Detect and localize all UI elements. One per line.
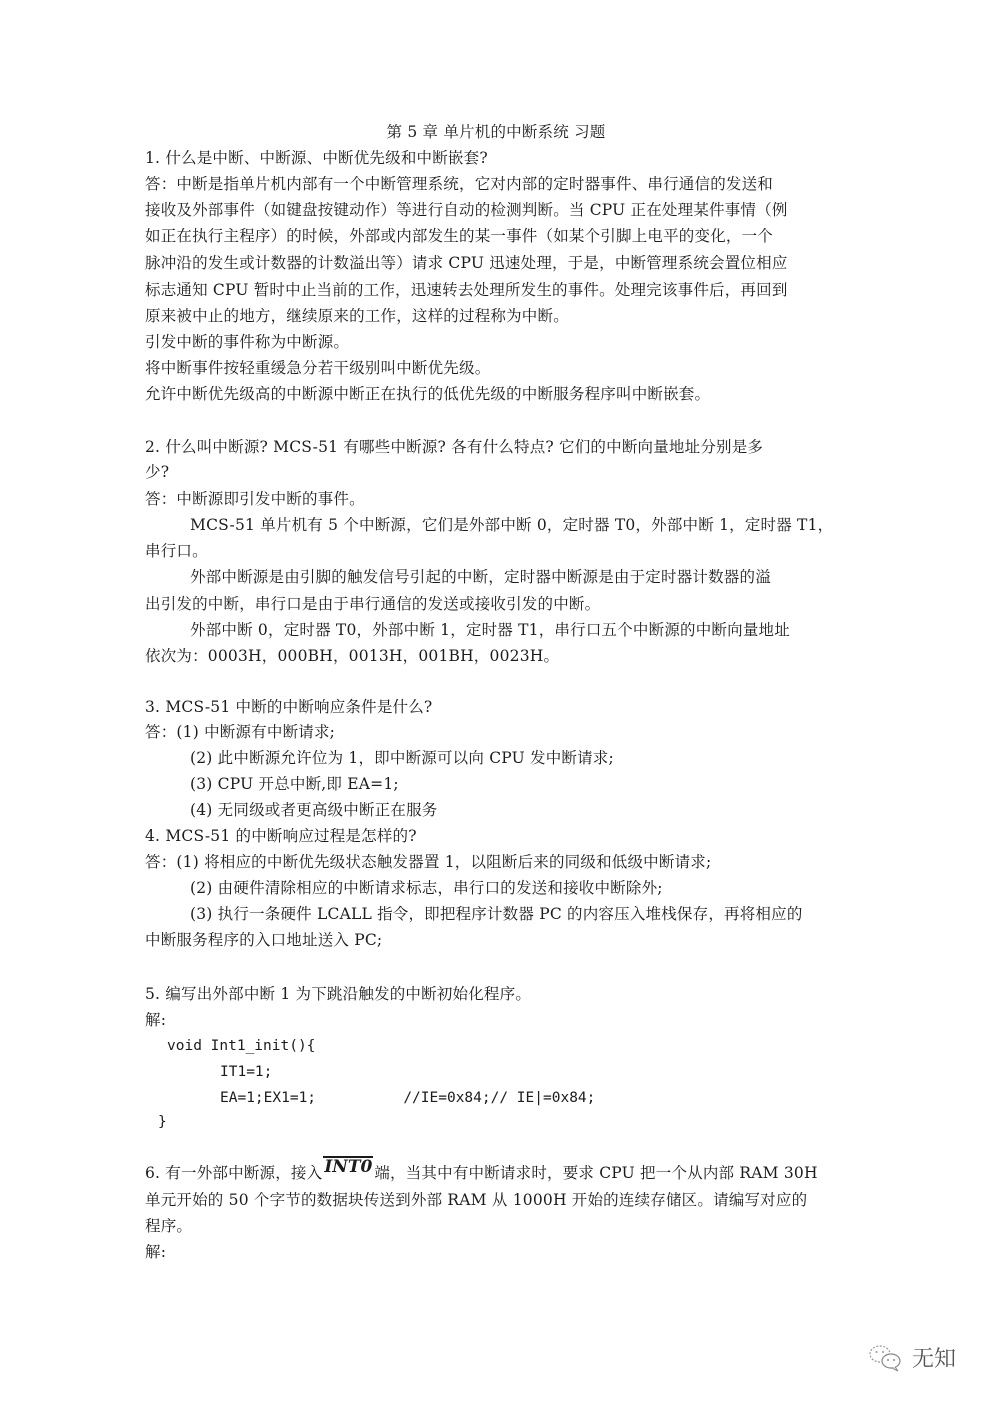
- code-line: IT1=1;: [220, 1062, 272, 1082]
- watermark-text: 无知: [912, 1342, 956, 1373]
- answer-1-line: 如正在执行主程序）的时候，外部或内部发生的某一事件（如某个引脚上电平的变化，一个: [145, 226, 773, 246]
- question-6: 6. 有一外部中断源，接入INT0端，当其中有中断请求时，要求 CPU 把一个从…: [145, 1156, 818, 1183]
- answer-3-line: (3) CPU 开总中断,即 EA=1;: [190, 774, 399, 794]
- answer-3-line: (2) 此中断源允许位为 1，即中断源可以向 CPU 发中断请求;: [190, 748, 614, 768]
- answer-2-line: 依次为：0003H，000BH，0013H，001BH，0023H。: [145, 646, 559, 666]
- question-6-cont: 程序。: [145, 1216, 192, 1236]
- answer-4-line: 答：(1) 将相应的中断优先级状态触发器置 1，以阻断后来的同级和低级中断请求;: [145, 852, 711, 872]
- question-6-cont: 单元开始的 50 个字节的数据块传送到外部 RAM 从 1000H 开始的连续存…: [145, 1190, 807, 1210]
- watermark: 无知: [868, 1342, 956, 1373]
- answer-1-line: 标志通知 CPU 暂时中止当前的工作，迅速转去处理所发生的事件。处理完该事件后，…: [145, 280, 788, 300]
- solution-6-label: 解:: [145, 1242, 166, 1262]
- answer-3-line: 答：(1) 中断源有中断请求;: [145, 722, 335, 742]
- wechat-icon: [868, 1343, 904, 1373]
- question-1: 1. 什么是中断、中断源、中断优先级和中断嵌套?: [145, 148, 488, 168]
- code-line: void Int1_init(){: [167, 1036, 315, 1056]
- answer-1-line: 引发中断的事件称为中断源。: [145, 332, 349, 352]
- code-line: EA=1;EX1=1; //IE=0x84;// IE|=0x84;: [220, 1088, 595, 1108]
- question-2: 2. 什么叫中断源? MCS-51 有哪些中断源? 各有什么特点? 它们的中断向…: [145, 437, 763, 457]
- answer-2-line: MCS-51 单片机有 5 个中断源，它们是外部中断 0，定时器 T0，外部中断…: [190, 515, 833, 535]
- answer-2-line: 外部中断源是由引脚的触发信号引起的中断，定时器中断源是由于定时器计数器的溢: [190, 567, 771, 587]
- answer-1-line: 接收及外部事件（如键盘按键动作）等进行自动的检测判断。当 CPU 正在处理某件事…: [145, 200, 788, 220]
- answer-2-line: 串行口。: [145, 541, 208, 561]
- answer-2-line: 出引发的中断，串行口是由于串行通信的发送或接收引发的中断。: [145, 594, 600, 614]
- answer-2-line: 答：中断源即引发中断的事件。: [145, 489, 365, 509]
- answer-1-line: 脉冲沿的发生或计数器的计数溢出等）请求 CPU 迅速处理，于是，中断管理系统会置…: [145, 253, 788, 273]
- question-2-cont: 少?: [145, 462, 169, 482]
- solution-5-label: 解:: [145, 1010, 166, 1030]
- document-page: 第 5 章 单片机的中断系统 习题 1. 什么是中断、中断源、中断优先级和中断嵌…: [0, 0, 992, 1404]
- question-6-suffix: 端，当其中有中断请求时，要求 CPU 把一个从内部 RAM 30H: [374, 1164, 817, 1182]
- question-4: 4. MCS-51 的中断响应过程是怎样的?: [145, 826, 417, 846]
- answer-4-line: 中断服务程序的入口地址送入 PC;: [145, 930, 382, 950]
- answer-1-line: 原来被中止的地方，继续原来的工作，这样的过程称为中断。: [145, 306, 569, 326]
- int0-pin-label: INT0: [323, 1156, 373, 1176]
- answer-1-line: 答：中断是指单片机内部有一个中断管理系统，它对内部的定时器事件、串行通信的发送和: [145, 174, 773, 194]
- answer-1-line: 将中断事件按轻重缓急分若干级别叫中断优先级。: [145, 358, 490, 378]
- answer-2-line: 外部中断 0，定时器 T0，外部中断 1，定时器 T1，串行口五个中断源的中断向…: [190, 620, 790, 640]
- code-line: }: [158, 1112, 167, 1132]
- answer-3-line: (4) 无同级或者更高级中断正在服务: [190, 800, 437, 820]
- answer-1-line: 允许中断优先级高的中断源中断正在执行的低优先级的中断服务程序叫中断嵌套。: [145, 384, 710, 404]
- answer-4-line: (2) 由硬件清除相应的中断请求标志，串行口的发送和接收中断除外;: [190, 878, 663, 898]
- question-5: 5. 编写出外部中断 1 为下跳沿触发的中断初始化程序。: [145, 984, 531, 1004]
- answer-4-line: (3) 执行一条硬件 LCALL 指令，即把程序计数器 PC 的内容压入堆栈保存…: [190, 904, 803, 924]
- page-title: 第 5 章 单片机的中断系统 习题: [0, 122, 992, 142]
- question-3: 3. MCS-51 中断的中断响应条件是什么?: [145, 697, 432, 717]
- question-6-prefix: 6. 有一外部中断源，接入: [145, 1164, 322, 1182]
